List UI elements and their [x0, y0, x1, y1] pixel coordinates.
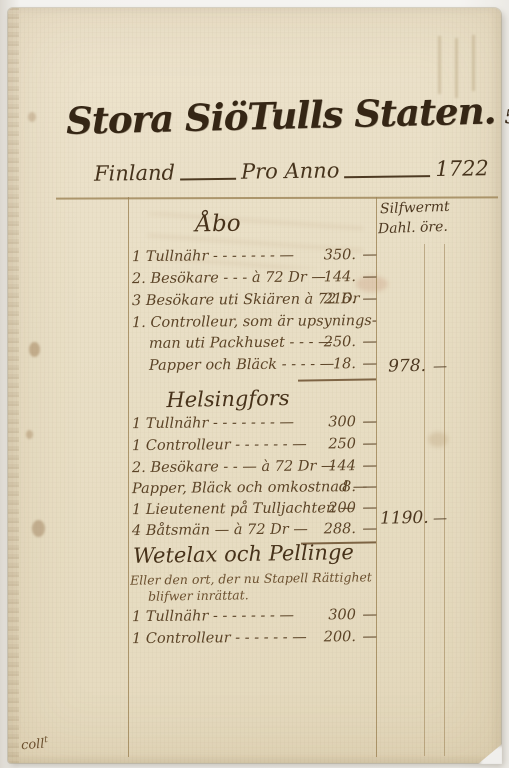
subtitle-rule	[180, 178, 236, 181]
year-label: 1722	[435, 156, 489, 181]
currency-column-header: Silfwermt	[380, 199, 450, 217]
total-ore-dash: —	[433, 358, 447, 374]
section-note-line1: Eller den ort, der nu Stapell Rättighet	[130, 569, 372, 587]
section-total-helsingfors: 1190. —	[380, 507, 456, 528]
total-amount: 978.	[380, 356, 426, 377]
row-amount: 144	[296, 458, 356, 475]
ledger-row: 1 Tullnähr - - - - - - - — 300 —	[132, 607, 378, 630]
row-ore-dash: —	[362, 414, 377, 430]
ink-stain	[26, 430, 33, 439]
manuscript-page: Stora SiöTulls Staten.5 Finland Pro Anno…	[8, 8, 501, 763]
ledger-row: 1 Tullnähr - - - - - - - — 300 —	[132, 414, 378, 437]
watermark-bar	[472, 35, 475, 91]
row-amount: 350.	[296, 247, 356, 264]
section-heading-abo: Åbo	[128, 209, 308, 238]
section-heading-wetelax-pellinge: Wetelax och Pellinge	[126, 540, 361, 568]
row-ore-dash: —	[362, 458, 377, 474]
ledger-row: 1 Tullnähr - - - - - - - — 350. —	[132, 247, 378, 270]
row-amount: 200	[296, 500, 356, 517]
row-amount: 8.	[296, 479, 356, 496]
row-text: 1 Tullnähr - - - - - - - —	[132, 415, 294, 432]
total-ore-dash: —	[433, 510, 447, 526]
row-ore-dash: —	[362, 247, 377, 263]
collation-note: collt	[20, 735, 48, 753]
row-ore-dash: —	[362, 479, 377, 495]
row-text: 1. Controlleur, som är upsynings-	[132, 313, 377, 331]
deckled-left-edge	[8, 8, 19, 763]
ledger-row: 2. Besökare - - — à 72 Dr — 144 —	[132, 458, 378, 481]
sum-rule-abo	[298, 378, 376, 381]
bottom-right-corner-cut	[478, 744, 502, 764]
row-amount: 300	[296, 607, 356, 624]
section-note-line2: blifwer inrättat.	[148, 587, 249, 603]
pro-anno-label: Pro Anno	[241, 158, 340, 183]
row-text: 1 Controlleur - - - - - - —	[132, 630, 307, 648]
subtitle-rule	[344, 175, 430, 178]
row-amount: 216.	[296, 291, 356, 308]
section-heading-helsingfors: Helsingfors	[128, 385, 328, 412]
row-ore-dash: —	[362, 356, 377, 372]
title-text: Stora SiöTulls Staten.	[66, 88, 496, 142]
row-ore-dash: —	[362, 291, 377, 307]
row-text: 1 Controlleur - - - - - - —	[132, 437, 307, 455]
row-amount: 250	[296, 436, 356, 453]
ink-stain	[28, 112, 36, 122]
ink-stain	[32, 520, 45, 537]
row-ore-dash: —	[362, 629, 377, 645]
ledger-row: man uti Packhuset - - - — 250. —	[132, 334, 378, 357]
region-label: Finland	[94, 161, 175, 186]
total-amount: 1190.	[380, 508, 426, 529]
row-amount: 300	[296, 414, 356, 431]
ink-stain	[29, 342, 40, 357]
table-left-column-rule	[128, 197, 129, 757]
row-amount: 18.	[296, 356, 356, 373]
ledger-row: Papper, Bläck och omkostnad — 8. —	[132, 479, 378, 502]
stain	[428, 432, 448, 447]
row-ore-dash: —	[362, 269, 377, 285]
section-total-abo: 978. —	[380, 355, 456, 376]
row-text: 1 Tullnähr - - - - - - - —	[132, 608, 294, 625]
row-text: 4 Båtsmän — à 72 Dr —	[132, 522, 308, 540]
collation-note-text: coll	[21, 737, 45, 754]
row-ore-dash: —	[362, 500, 377, 516]
row-ore-dash: —	[362, 607, 377, 623]
row-amount: 144.	[296, 269, 356, 286]
collation-note-superscript: t	[44, 735, 48, 745]
row-text: 1 Tullnähr - - - - - - - —	[132, 248, 294, 265]
ore-right-rule	[444, 244, 445, 756]
document-title: Stora SiöTulls Staten.5	[66, 89, 467, 143]
daler-ore-separator-rule	[424, 244, 425, 756]
row-amount: 250.	[296, 334, 356, 351]
ledger-row: 1 Controlleur - - - - - - — 200. —	[132, 629, 378, 652]
ledger-row: 1 Lieutenent på Tulljachten — 200 —	[132, 500, 378, 523]
row-ore-dash: —	[362, 334, 377, 350]
row-ore-dash: —	[362, 521, 377, 537]
document-subtitle: Finland Pro Anno 1722	[94, 156, 489, 186]
ledger-row: 1 Controlleur - - - - - - — 250 —	[132, 436, 378, 459]
currency-column-subheader: Dahl. öre.	[378, 219, 448, 237]
row-amount: 200.	[296, 629, 356, 646]
ledger-row: 2. Besökare - - - à 72 Dr — 144. —	[132, 269, 378, 292]
row-ore-dash: —	[362, 436, 377, 452]
ledger-row: Papper och Bläck - - - - — 18. —	[132, 356, 378, 379]
title-page-number: 5	[504, 106, 509, 128]
ledger-row: 3 Besökare uti Skiären à 72 Dr 216. —	[132, 291, 378, 314]
row-amount: 288.	[296, 521, 356, 538]
watermark-bar	[438, 36, 441, 94]
ledger-row: 1. Controlleur, som är upsynings-	[132, 313, 378, 336]
